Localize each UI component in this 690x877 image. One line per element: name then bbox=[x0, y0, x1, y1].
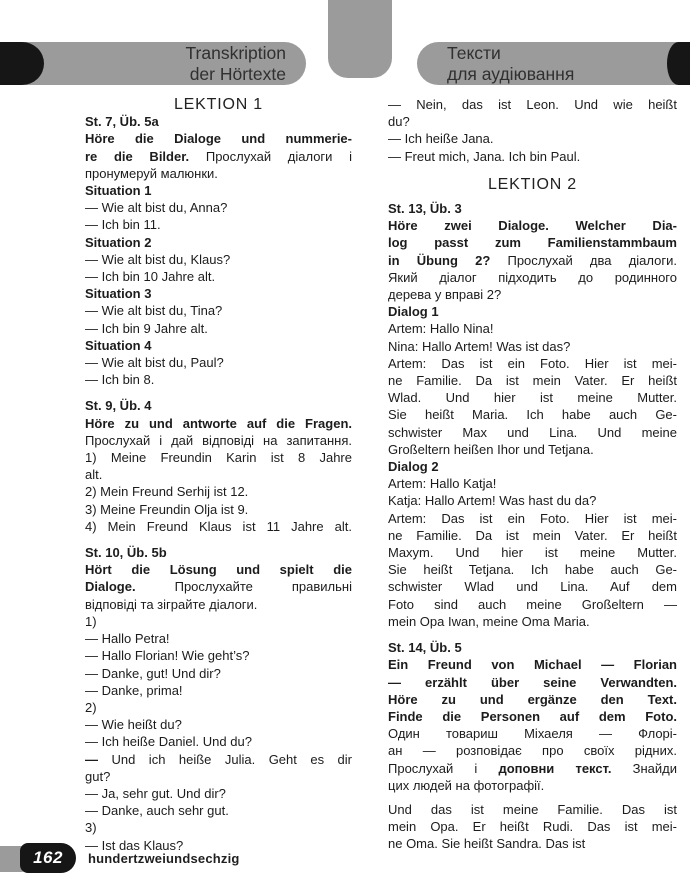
text-line: — Ich bin 9 Jahre alt. bbox=[85, 320, 352, 337]
text-line: — Wie alt bist du, Tina? bbox=[85, 302, 352, 319]
text-line: — Hallo Florian! Wie geht’s? bbox=[85, 647, 352, 664]
text-line: — Freut mich, Jana. Ich bin Paul. bbox=[388, 148, 677, 165]
right-header-title: Тексти для аудіювання bbox=[447, 43, 574, 84]
text-line: Wlad. Und hier ist meine Mutter. bbox=[388, 389, 677, 406]
text-line: Artem: Hallo Nina! bbox=[388, 320, 677, 337]
text-line: — Danke, prima! bbox=[85, 682, 352, 699]
text-line: — Danke, auch sehr gut. bbox=[85, 802, 352, 819]
text-line: Sie heißt Tetjana. Ich habe auch Ge- bbox=[388, 561, 677, 578]
text-line: Situation 4 bbox=[85, 337, 352, 354]
text-line: 1) bbox=[85, 613, 352, 630]
text-line: Dialog 1 bbox=[388, 303, 677, 320]
text-line: Und das ist meine Familie. Das ist bbox=[388, 801, 677, 818]
text-line: schwister Wlad und Lina. Auf dem bbox=[388, 578, 677, 595]
top-center-tab bbox=[328, 0, 392, 78]
text-line: Прослухай і доповни текст. Знайди bbox=[388, 760, 677, 777]
text-line: Katja: Hallo Artem! Was hast du da? bbox=[388, 492, 677, 509]
text-line: — Hallo Petra! bbox=[85, 630, 352, 647]
page-number-badge: 162 bbox=[20, 843, 76, 873]
left-header-line1: Transkription bbox=[186, 43, 287, 64]
text-line: 2) bbox=[85, 699, 352, 716]
text-line: Finde die Personen auf dem Foto. bbox=[388, 708, 677, 725]
left-header-line2: der Hörtexte bbox=[186, 64, 287, 85]
text-line: Maxym. Und hier ist meine Mutter. bbox=[388, 544, 677, 561]
text-line: — Ich heiße Daniel. Und du? bbox=[85, 733, 352, 750]
right-header-line1: Тексти bbox=[447, 43, 574, 64]
text-line: St. 10, Üb. 5b bbox=[85, 544, 352, 561]
section-heading: LEKTION 1 bbox=[85, 96, 352, 113]
text-line: відповіді та зіграйте діалоги. bbox=[85, 596, 352, 613]
text-line: Foto sind auch meine Großeltern — bbox=[388, 596, 677, 613]
text-line: — Wie alt bist du, Klaus? bbox=[85, 251, 352, 268]
text-line: Großeltern heißen Ihor und Tetjana. bbox=[388, 441, 677, 458]
left-header-title: Transkription der Hörtexte bbox=[186, 43, 287, 84]
text-line: St. 7, Üb. 5a bbox=[85, 113, 352, 130]
text-line: — Ich bin 10 Jahre alt. bbox=[85, 268, 352, 285]
right-header-bar: Тексти для аудіювання bbox=[417, 42, 690, 85]
text-line: Один товариш Міхаеля — Флорі- bbox=[388, 725, 677, 742]
text-line: — Ja, sehr gut. Und dir? bbox=[85, 785, 352, 802]
right-header-line2: для аудіювання bbox=[447, 64, 574, 85]
text-line: Höre zwei Dialoge. Welcher Dia- bbox=[388, 217, 677, 234]
text-line: — Ich heiße Jana. bbox=[388, 130, 677, 147]
text-line: log passt zum Familienstammbaum bbox=[388, 234, 677, 251]
text-line: — Nein, das ist Leon. Und wie heißt bbox=[388, 96, 677, 113]
text-line: gut? bbox=[85, 768, 352, 785]
text-line: Прослухай і дай відповіді на запитання. bbox=[85, 432, 352, 449]
text-line: — Ich bin 11. bbox=[85, 216, 352, 233]
text-line: — Wie heißt du? bbox=[85, 716, 352, 733]
text-line: 4) Mein Freund Klaus ist 11 Jahre alt. bbox=[85, 518, 352, 535]
text-line: St. 9, Üb. 4 bbox=[85, 397, 352, 414]
text-line: in Übung 2? Прослухай два діалоги. bbox=[388, 252, 677, 269]
section-heading: LEKTION 2 bbox=[388, 176, 677, 193]
text-line: du? bbox=[388, 113, 677, 130]
text-line: Dialoge. Прослухайте правильні bbox=[85, 578, 352, 595]
text-line: Höre zu und ergänze den Text. bbox=[388, 691, 677, 708]
text-line: Nina: Hallo Artem! Was ist das? bbox=[388, 338, 677, 355]
text-line: Hört die Lösung und spielt die bbox=[85, 561, 352, 578]
text-line: Situation 2 bbox=[85, 234, 352, 251]
text-line: Artem: Das ist ein Foto. Hier ist mei- bbox=[388, 355, 677, 372]
text-line: 3) Meine Freundin Olja ist 9. bbox=[85, 501, 352, 518]
text-line: пронумеруй малюнки. bbox=[85, 165, 352, 182]
text-line: — Danke, gut! Und dir? bbox=[85, 665, 352, 682]
text-line: — Wie alt bist du, Paul? bbox=[85, 354, 352, 371]
text-line: 2) Mein Freund Serhij ist 12. bbox=[85, 483, 352, 500]
page-number: 162 bbox=[33, 848, 63, 868]
text-line: Sie heißt Maria. Ich habe auch Ge- bbox=[388, 406, 677, 423]
text-line: Höre zu und antworte auf die Fragen. bbox=[85, 415, 352, 432]
left-text-column: LEKTION 1St. 7, Üb. 5aHöre die Dialoge u… bbox=[85, 96, 352, 854]
text-line: re die Bilder. Прослухай діалоги і bbox=[85, 148, 352, 165]
text-line: ne Familie. Da ist mein Vater. Er heißt bbox=[388, 372, 677, 389]
text-line: 3) bbox=[85, 819, 352, 836]
text-line: — Und ich heiße Julia. Geht es dir bbox=[85, 751, 352, 768]
text-line: Artem: Hallo Katja! bbox=[388, 475, 677, 492]
text-line: Який діалог підходить до родинного bbox=[388, 269, 677, 286]
text-line: Dialog 2 bbox=[388, 458, 677, 475]
text-line: Ein Freund von Michael — Florian bbox=[388, 656, 677, 673]
text-line: St. 14, Üb. 5 bbox=[388, 639, 677, 656]
text-line: цих людей на фотографії. bbox=[388, 777, 677, 794]
text-line: — Wie alt bist du, Anna? bbox=[85, 199, 352, 216]
text-line: ne Familie. Da ist mein Vater. Er heißt bbox=[388, 527, 677, 544]
left-header-bar: Transkription der Hörtexte bbox=[0, 42, 306, 85]
text-line: mein Opa. Er heißt Rudi. Das ist mei- bbox=[388, 818, 677, 835]
text-line: дерева у вправі 2? bbox=[388, 286, 677, 303]
text-line: — erzählt über seine Verwandten. bbox=[388, 674, 677, 691]
text-line: Höre die Dialoge und nummerie- bbox=[85, 130, 352, 147]
text-line: 1) Meine Freundin Karin ist 8 Jahre bbox=[85, 449, 352, 466]
text-line: alt. bbox=[85, 466, 352, 483]
text-line: Situation 3 bbox=[85, 285, 352, 302]
page-word: hundertzweiundsechzig bbox=[88, 851, 240, 866]
text-line: St. 13, Üb. 3 bbox=[388, 200, 677, 217]
text-line: schwister Max und Lina. Und meine bbox=[388, 424, 677, 441]
left-edge-black-cap bbox=[0, 42, 44, 85]
text-line: — Ich bin 8. bbox=[85, 371, 352, 388]
text-line: mein Opa Iwan, meine Oma Maria. bbox=[388, 613, 677, 630]
right-edge-black-cap bbox=[667, 42, 690, 85]
text-line: ан — розповідає про своїх рідних. bbox=[388, 742, 677, 759]
text-line: Artem: Das ist ein Foto. Hier ist mei- bbox=[388, 510, 677, 527]
text-line: Situation 1 bbox=[85, 182, 352, 199]
right-text-column: — Nein, das ist Leon. Und wie heißtdu?— … bbox=[388, 96, 677, 853]
text-line: ne Oma. Sie heißt Sandra. Das ist bbox=[388, 835, 677, 852]
book-page: Transkription der Hörtexte Тексти для ау… bbox=[0, 0, 690, 877]
